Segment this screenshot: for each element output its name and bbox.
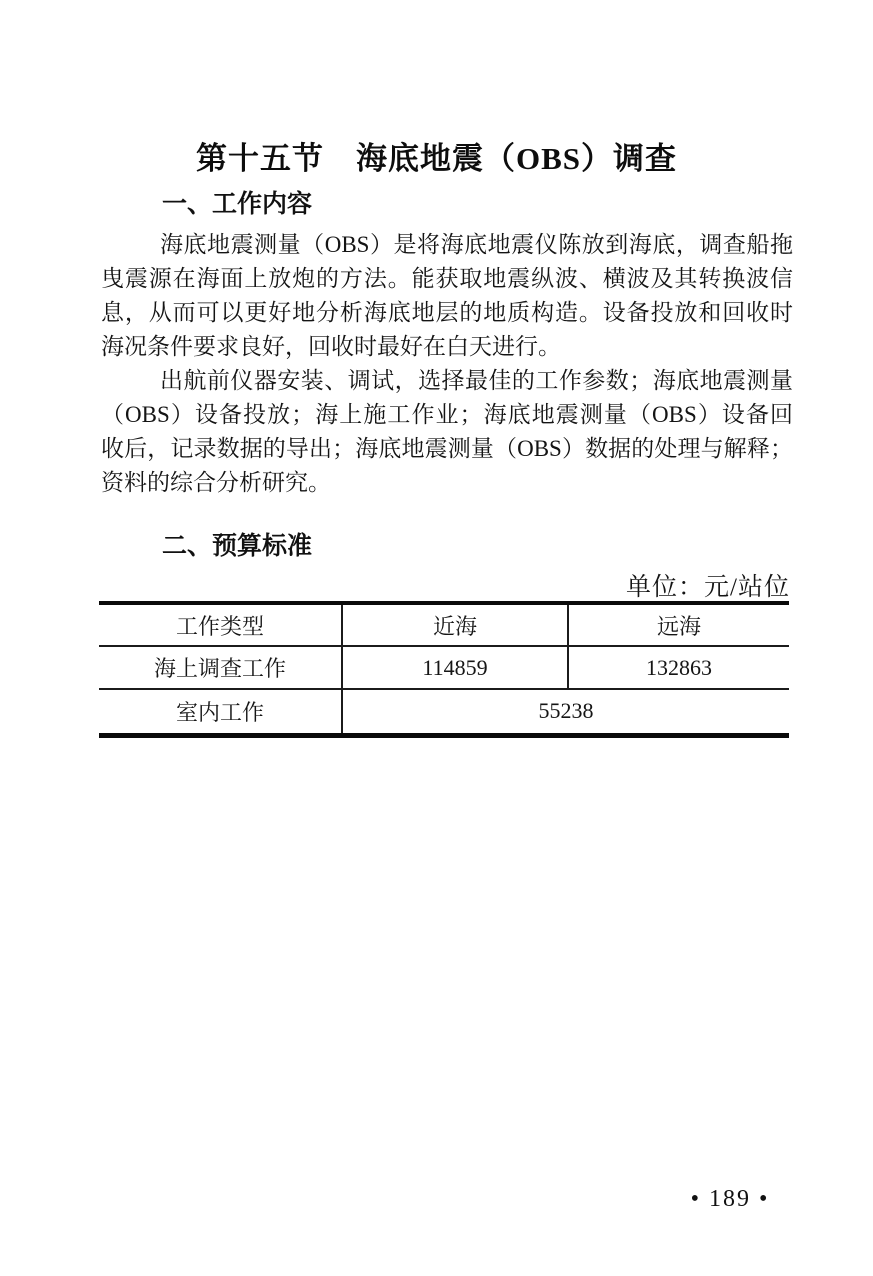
- paragraph-line: 海况条件要求良好，回收时最好在白天进行。: [101, 330, 793, 364]
- section-heading-work-content: 一、工作内容: [162, 190, 312, 220]
- cell-row-label: 海上调查工作: [99, 646, 342, 689]
- paragraph-line: 出航前仪器安装、调试，选择最佳的工作参数；海底地震测量: [101, 364, 793, 398]
- page-title: 第十五节 海底地震（OBS）调查: [0, 133, 873, 178]
- paragraph-line: 曳震源在海面上放炮的方法。能获取地震纵波、横波及其转换波信: [101, 262, 793, 296]
- table-row: 海上调查工作 114859 132863: [99, 646, 789, 689]
- table-header-row: 工作类型 近海 远海: [99, 603, 789, 646]
- cell-merged-value: 55238: [342, 689, 789, 735]
- cell-nearshore-value: 114859: [342, 646, 568, 689]
- paragraph-line: （OBS）设备投放；海上施工作业；海底地震测量（OBS）设备回: [101, 398, 793, 432]
- page-number: • 189 •: [655, 1186, 805, 1213]
- paragraph-line: 资料的综合分析研究。: [101, 466, 793, 500]
- table-row: 室内工作 55238: [99, 689, 789, 735]
- header-cell-nearshore: 近海: [342, 603, 568, 646]
- body-text-block: 海底地震测量（OBS）是将海底地震仪陈放到海底，调查船拖 曳震源在海面上放炮的方…: [101, 228, 793, 500]
- section-heading-budget-standard: 二、预算标准: [162, 532, 312, 562]
- cell-offshore-value: 132863: [568, 646, 789, 689]
- header-cell-offshore: 远海: [568, 603, 789, 646]
- table-unit-label: 单位：元/站位: [626, 567, 790, 603]
- budget-table: 工作类型 近海 远海 海上调查工作 114859 132863 室内工作 552…: [99, 601, 789, 738]
- document-page: 第十五节 海底地震（OBS）调查 一、工作内容 海底地震测量（OBS）是将海底地…: [0, 0, 873, 1276]
- paragraph-line: 息，从而可以更好地分析海底地层的地质构造。设备投放和回收时: [101, 296, 793, 330]
- cell-row-label: 室内工作: [99, 689, 342, 735]
- paragraph-line: 海底地震测量（OBS）是将海底地震仪陈放到海底，调查船拖: [101, 228, 793, 262]
- header-cell-work-type: 工作类型: [99, 603, 342, 646]
- paragraph-line: 收后，记录数据的导出；海底地震测量（OBS）数据的处理与解释；: [101, 432, 793, 466]
